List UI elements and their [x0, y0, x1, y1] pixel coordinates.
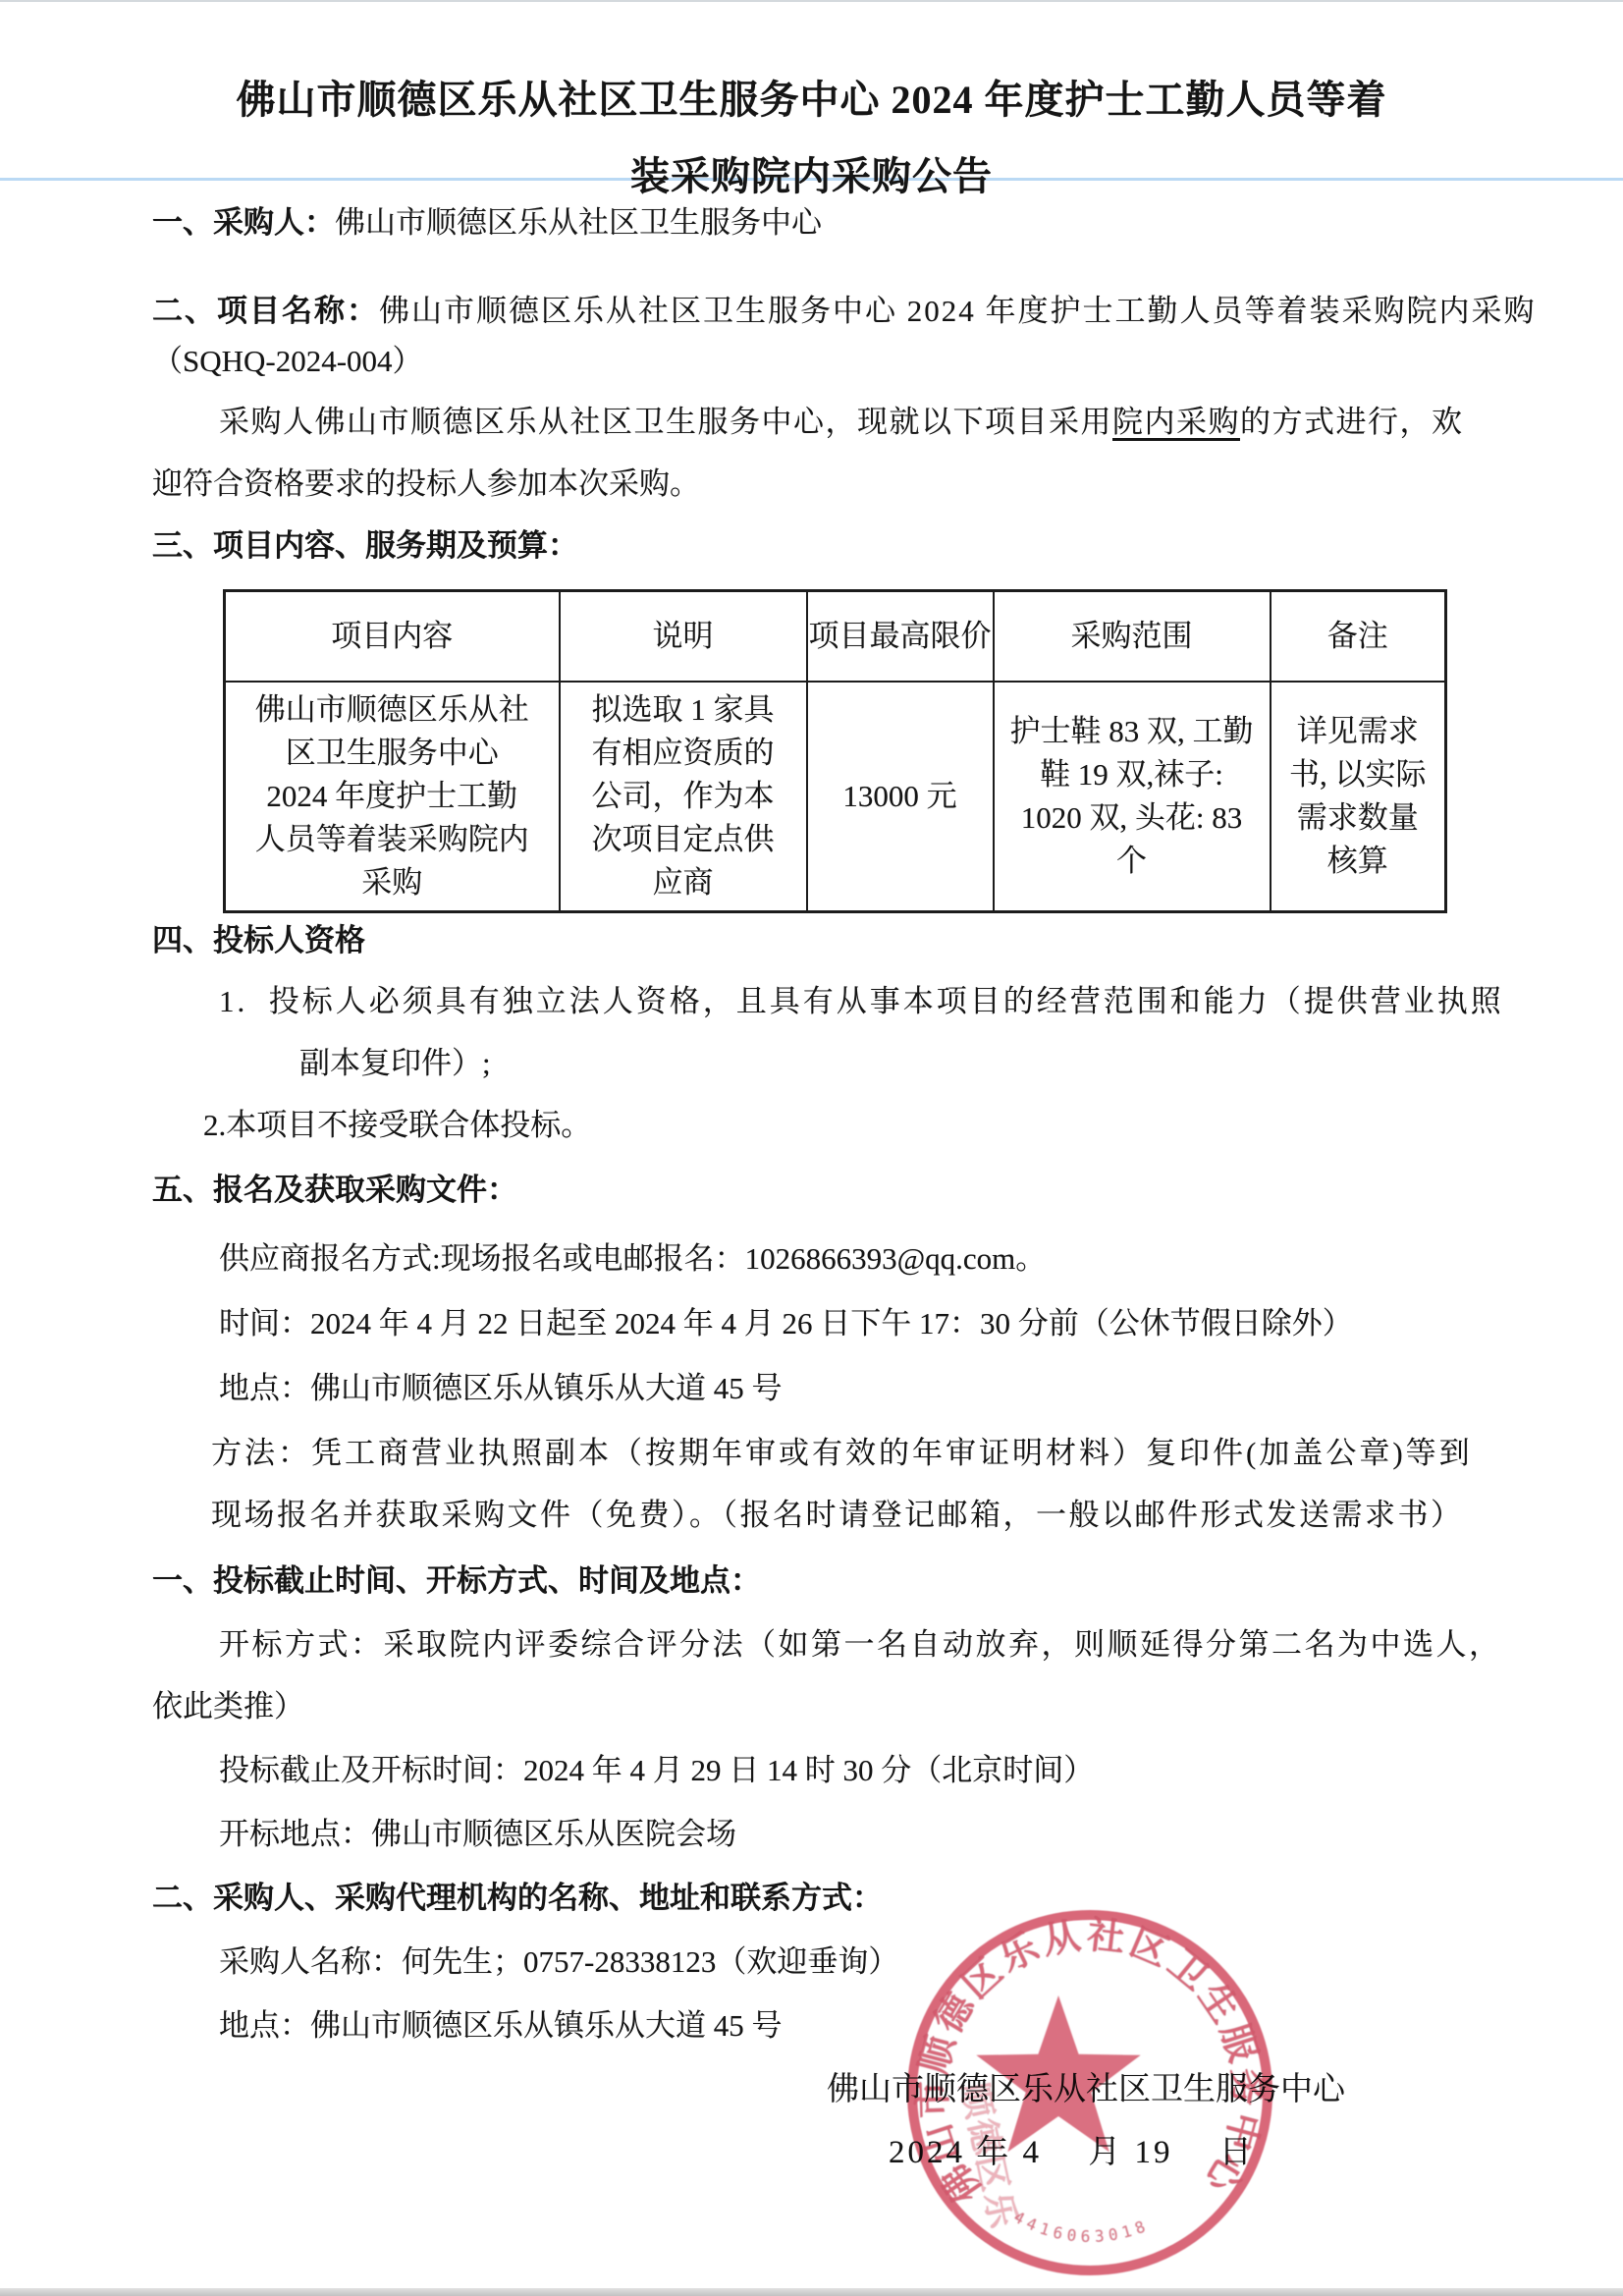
purchaser-line: 一、采购人：佛山市顺德区乐从社区卫生服务中心	[152, 203, 822, 243]
project-value: 佛山市顺德区乐从社区卫生服务中心 2024 年度护士工勤人员等着装采购院内采购	[379, 294, 1537, 328]
registration-place: 地点：佛山市顺德区乐从镇乐从大道 45 号	[219, 1369, 783, 1408]
registration-how-line1: 方法：凭工商营业执照副本（按期年审或有效的年审证明材料）复印件(加盖公章)等到	[211, 1434, 1473, 1473]
col-header-scope: 采购范围	[994, 591, 1271, 682]
cell-remark: 详见需求书, 以实际需求数量核算	[1271, 682, 1446, 912]
intro-line2: 迎符合资格要求的投标人参加本次采购。	[152, 465, 700, 504]
intro-underlined-phrase: 院内采购	[1112, 405, 1240, 439]
document-page: 佛山市顺德区乐从社区卫生服务中心 2024 年度护士工勤人员等着 装采购院内采购…	[0, 0, 1623, 2296]
cell-project-content: 佛山市顺德区乐从社区卫生服务中心 2024 年度护士工勤人员等着装采购院内采购	[225, 682, 560, 912]
section-bidding-heading: 一、投标截止时间、开标方式、时间及地点：	[152, 1561, 761, 1601]
contact-name: 采购人名称：何先生；0757-28338123（欢迎垂询）	[219, 1942, 898, 1982]
bidding-venue: 开标地点：佛山市顺德区乐从医院会场	[219, 1815, 736, 1854]
scan-edge-artifact	[0, 0, 1623, 2]
seal-code-digits: 4416063018	[1010, 2208, 1152, 2246]
contact-address: 地点：佛山市顺德区乐从镇乐从大道 45 号	[219, 2006, 783, 2046]
project-code: （SQHQ-2024-004）	[152, 342, 423, 381]
col-header-description: 说明	[560, 591, 807, 682]
qualification-item2: 2.本项目不接受联合体投标。	[203, 1106, 591, 1145]
col-header-remark: 备注	[1271, 591, 1446, 682]
budget-table: 项目内容 说明 项目最高限价 采购范围 备注 佛山市顺德区乐从社区卫生服务中心 …	[223, 589, 1447, 913]
section-contact-heading: 二、采购人、采购代理机构的名称、地址和联系方式：	[152, 1879, 883, 1918]
scan-edge-artifact-bottom	[0, 2288, 1623, 2296]
section-budget-heading: 三、项目内容、服务期及预算：	[152, 526, 578, 566]
intro-post: 的方式进行，欢	[1240, 405, 1464, 439]
budget-table-data-row: 佛山市顺德区乐从社区卫生服务中心 2024 年度护士工勤人员等着装采购院内采购 …	[225, 682, 1446, 912]
qualification-item1-line1: 1. 投标人必须具有独立法人资格，且具有从事本项目的经营范围和能力（提供营业执照	[219, 982, 1504, 1021]
section-qualification-heading: 四、投标人资格	[152, 921, 365, 960]
section-registration-heading: 五、报名及获取采购文件：	[152, 1171, 517, 1210]
bidding-method-line2: 依此类推）	[152, 1687, 304, 1726]
project-name-line: 二、项目名称：佛山市顺德区乐从社区卫生服务中心 2024 年度护士工勤人员等着装…	[152, 292, 1537, 331]
bidding-deadline: 投标截止及开标时间：2024 年 4 月 29 日 14 时 30 分（北京时间…	[219, 1751, 1094, 1790]
purchaser-value: 佛山市顺德区乐从社区卫生服务中心	[335, 205, 822, 240]
page-title-line2: 装采购院内采购公告	[0, 145, 1623, 201]
intro-line1: 采购人佛山市顺德区乐从社区卫生服务中心，现就以下项目采用院内采购的方式进行，欢	[219, 403, 1464, 442]
purchaser-label: 一、采购人：	[152, 205, 335, 240]
cell-scope: 护士鞋 83 双, 工勤鞋 19 双,袜子: 1020 双, 头花: 83 个	[994, 682, 1271, 912]
col-header-content: 项目内容	[225, 591, 560, 682]
page-title-line1: 佛山市顺德区乐从社区卫生服务中心 2024 年度护士工勤人员等着	[0, 69, 1623, 125]
qualification-item1-line2: 副本复印件）;	[299, 1044, 491, 1083]
registration-how-line2: 现场报名并获取采购文件（免费）。（报名时请登记邮箱，一般以邮件形式发送需求书）	[211, 1496, 1464, 1535]
cell-max-price: 13000 元	[807, 682, 994, 912]
cell-description: 拟选取 1 家具有相应资质的公司，作为本次项目定点供应商	[560, 682, 807, 912]
official-seal-stamp: 佛山市顺德区乐从社区卫生服务中心 4416063018 顺德区乐	[901, 1903, 1282, 2288]
intro-pre: 采购人佛山市顺德区乐从社区卫生服务中心，现就以下项目采用	[219, 405, 1112, 439]
registration-method: 供应商报名方式:现场报名或电邮报名：1026866393@qq.com。	[219, 1239, 1046, 1279]
registration-time: 时间：2024 年 4 月 22 日起至 2024 年 4 月 26 日下午 1…	[219, 1304, 1353, 1343]
project-label: 二、项目名称：	[152, 294, 379, 328]
bidding-method-line1: 开标方式：采取院内评委综合评分法（如第一名自动放弃，则顺延得分第二名为中选人，	[219, 1625, 1502, 1665]
budget-table-header-row: 项目内容 说明 项目最高限价 采购范围 备注	[225, 591, 1446, 682]
col-header-max-price: 项目最高限价	[807, 591, 994, 682]
